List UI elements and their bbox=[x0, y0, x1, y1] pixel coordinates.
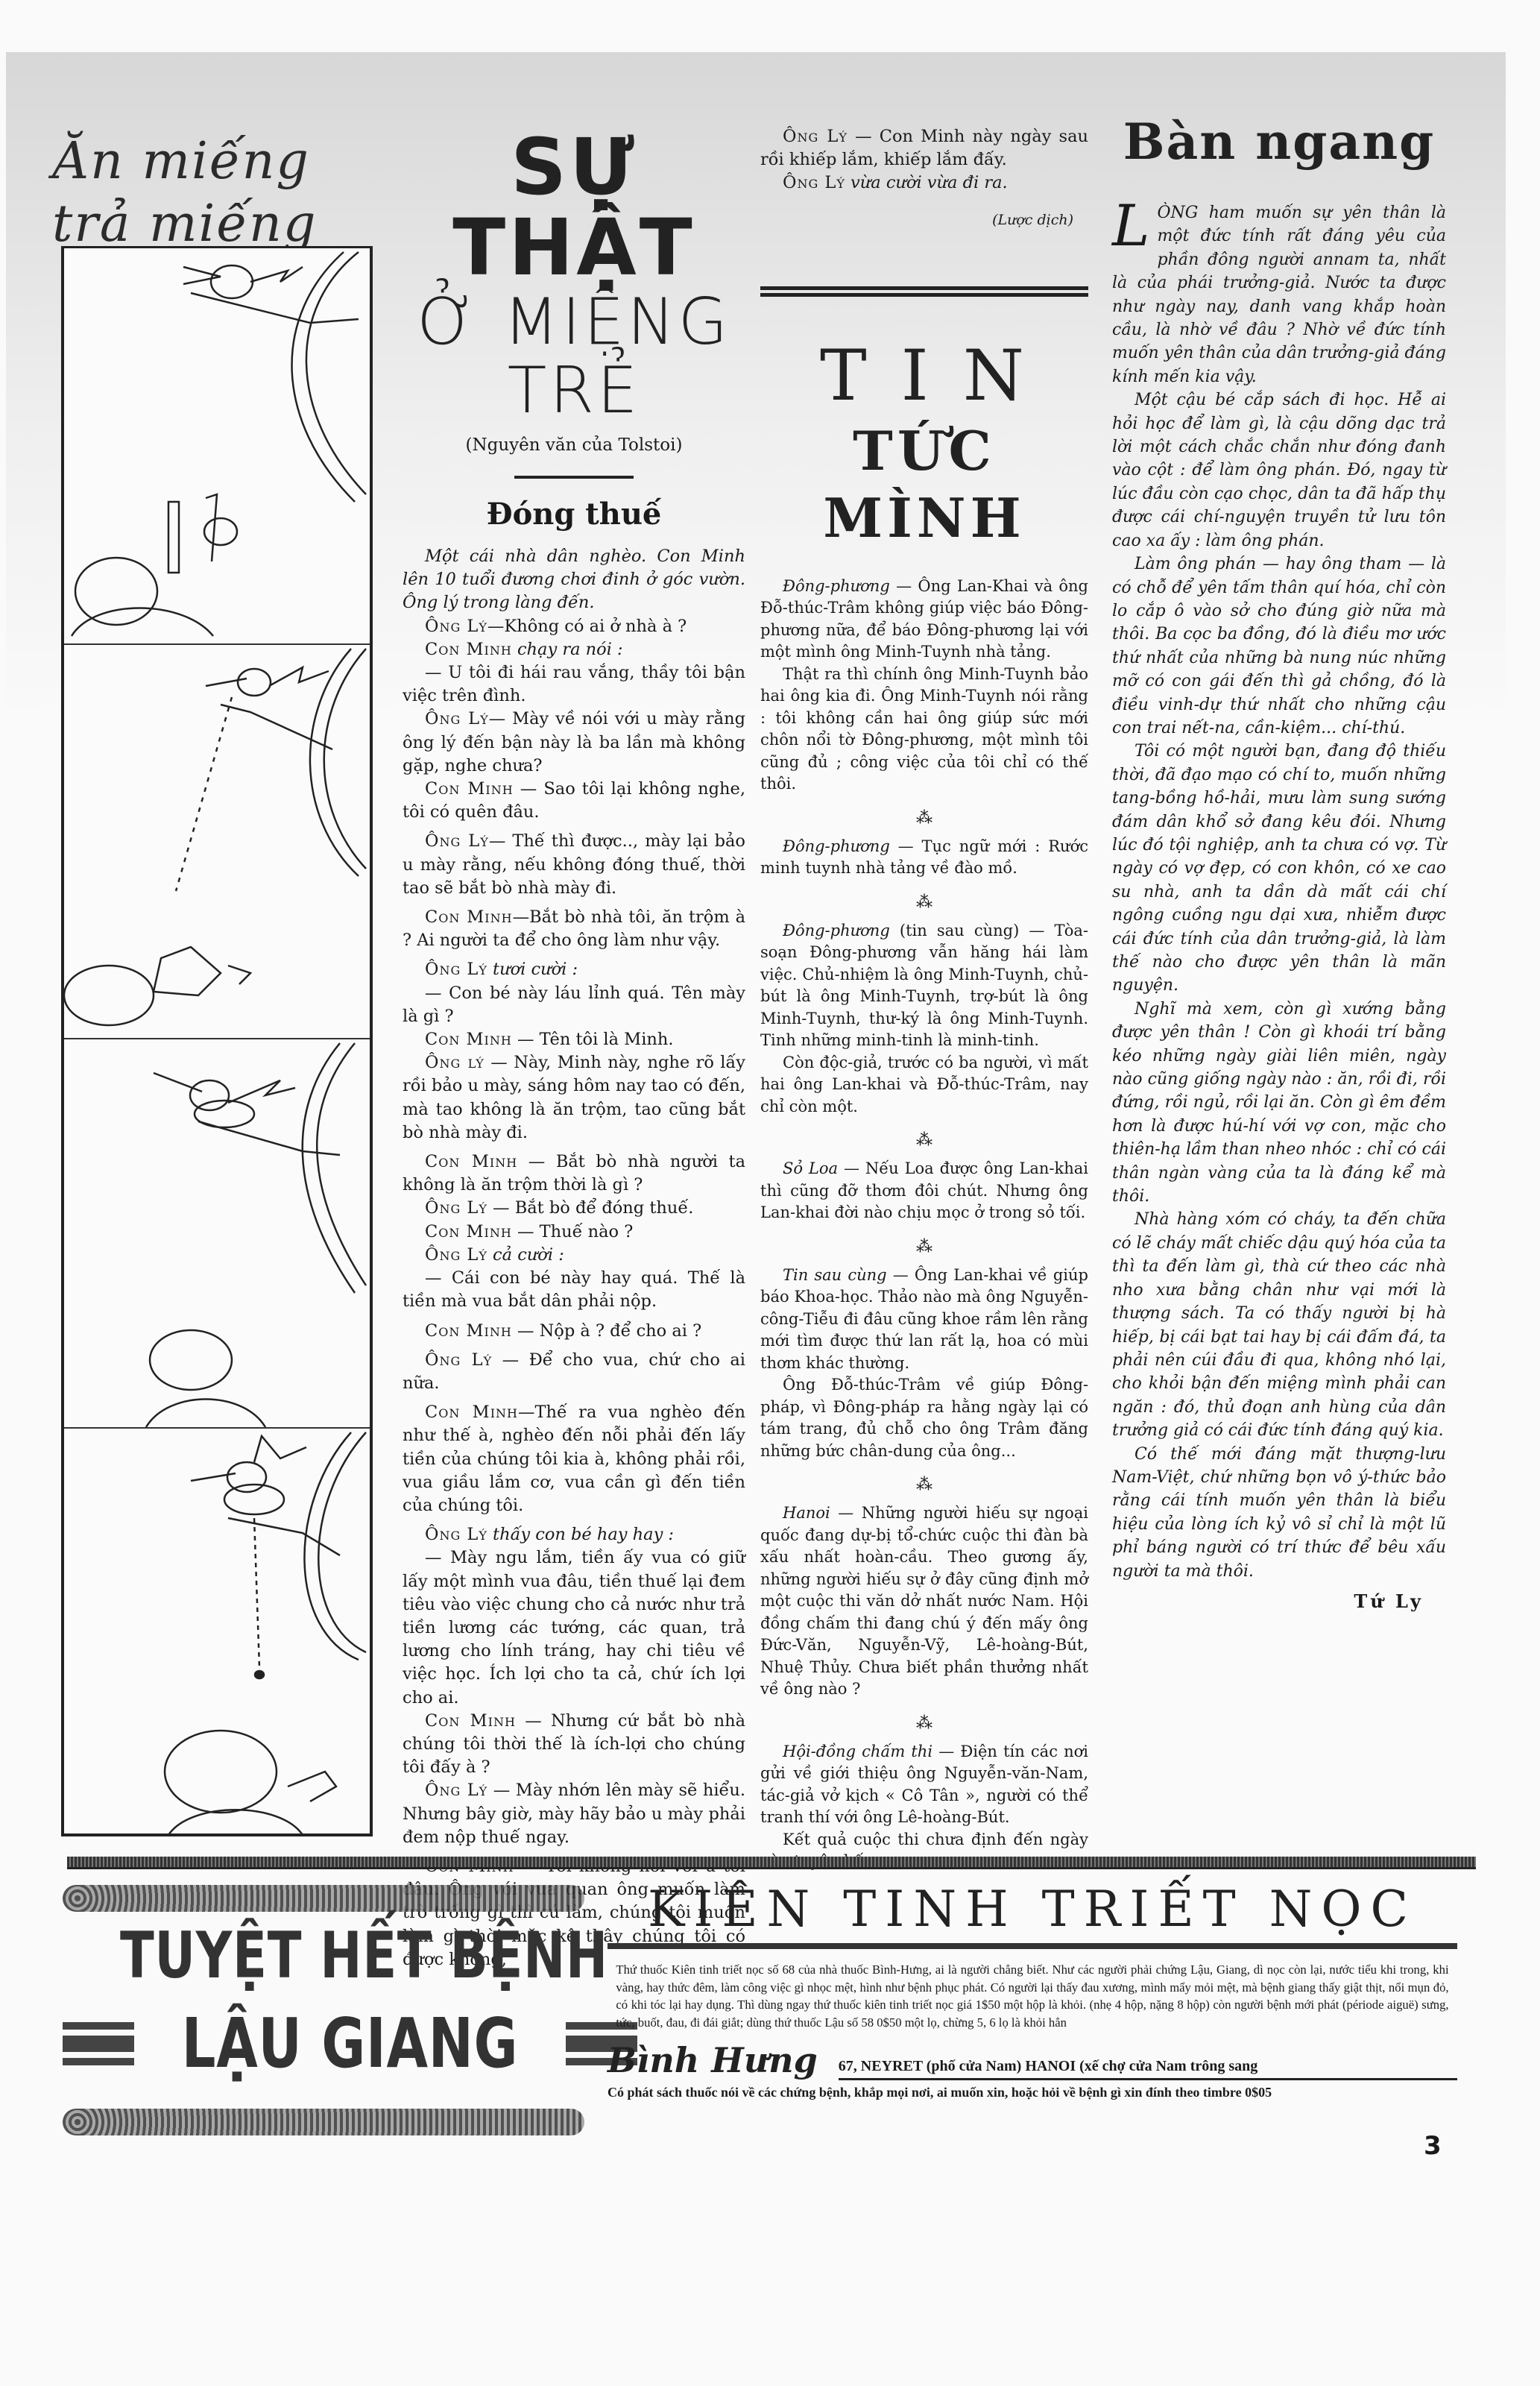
bird-drop-illustration bbox=[64, 645, 370, 1038]
column-paragraph: Nghĩ mà xem, còn gì xướng bằng được yên … bbox=[1112, 998, 1446, 1209]
story-paragraph: Ông Lý— Mày về nói với u mày rằng ông lý… bbox=[403, 708, 745, 778]
news-item: Tin sau cùng — Ông Lan-khai về giúp báo … bbox=[760, 1265, 1088, 1463]
comic-panel-1 bbox=[64, 248, 370, 645]
story-intro: Một cái nhà dân nghèo. Con Minh lên 10 t… bbox=[403, 545, 745, 615]
bird-perched-illustration bbox=[64, 1039, 370, 1427]
ad-body: Thứ thuốc Kiên tinh triết nọc số 68 của … bbox=[616, 1961, 1448, 2031]
ad-headline-row-2: LẬU GIANG bbox=[63, 2000, 584, 2088]
divider bbox=[514, 476, 634, 479]
column-paragraph: LÒNG ham muốn sự yên thân là một đức tín… bbox=[1112, 201, 1446, 388]
news-items: Đông-phương — Ông Lan-Khai và ông Đỗ-thú… bbox=[760, 576, 1088, 1873]
comic-panel-3 bbox=[64, 1039, 370, 1429]
story-continuation: Ông Lý — Con Minh này ngày sau rồi khiếp… bbox=[760, 125, 1088, 195]
comic-panel-2 bbox=[64, 645, 370, 1039]
story-paragraph: — Cái con bé này hay quá. Thế là tiền mà… bbox=[403, 1267, 745, 1313]
story-subheading: Đóng thuế bbox=[403, 497, 745, 532]
story-paragraph: Con Minh — Thuế nào ? bbox=[403, 1221, 745, 1244]
ad-product-block: KIÊN TINH TRIẾT NỌC Thứ thuốc Kiên tinh … bbox=[608, 1880, 1457, 2100]
story-headline-line-1: SỰ THẬT bbox=[403, 127, 745, 288]
story-paragraph: Ông Lý vừa cười vừa đi ra. bbox=[760, 171, 1088, 195]
column-body: LÒNG ham muốn sự yên thân là một đức tín… bbox=[1112, 201, 1446, 1583]
news-item: Hanoi — Những người hiếu sự ngoại quốc đ… bbox=[760, 1502, 1088, 1701]
comic-title-line-1: Ăn miếng bbox=[52, 130, 321, 193]
story-signature: (Lược dịch) bbox=[760, 212, 1073, 228]
story-paragraph: Ông Lý thấy con bé hay hay : bbox=[403, 1523, 745, 1546]
ad-brand-row: Bình Hưng 67, NEYRET (phố cửa Nam) HANOI… bbox=[608, 2040, 1457, 2080]
story-paragraph: — Mày ngu lắm, tiền ấy vua có giữ lấy mộ… bbox=[403, 1546, 745, 1709]
wave-ornament bbox=[63, 1885, 584, 1912]
ad-note: Có phát sách thuốc nói về các chứng bệnh… bbox=[608, 2085, 1457, 2100]
story-credit: (Nguyên văn của Tolstoi) bbox=[403, 435, 745, 455]
separator-asterism: ⁂ bbox=[760, 896, 1088, 910]
comic-title: Ăn miếng trả miếng bbox=[52, 130, 321, 256]
comic-strip bbox=[61, 246, 373, 1836]
separator-asterism: ⁂ bbox=[760, 1717, 1088, 1731]
ad-headline-block: TUYỆT HẾT BỆNH LẬU GIANG bbox=[63, 1885, 584, 2135]
story-paragraph: Ông Lý—Không có ai ở nhà à ? bbox=[403, 615, 745, 638]
ad-headline-line-1: TUYỆT HẾT BỆNH bbox=[120, 1912, 527, 2000]
story-paragraph: Ông Lý tươi cười : bbox=[403, 958, 745, 981]
bird-slingshot-illustration bbox=[64, 248, 370, 643]
story-paragraph: Ông lý — Này, Minh này, nghe rõ lấy rồi … bbox=[403, 1051, 745, 1145]
column-paragraph: Nhà hàng xóm có cháy, ta đến chữa có lẽ … bbox=[1112, 1208, 1446, 1442]
story-paragraph: Ông Lý — Để cho vua, chứ cho ai nữa. bbox=[403, 1349, 745, 1395]
story-paragraph: Con Minh—Bắt bò nhà tôi, ăn trộm à ? Ai … bbox=[403, 906, 745, 952]
column-paragraph: Một cậu bé cắp sách đi học. Hễ ai hỏi họ… bbox=[1112, 388, 1446, 553]
story-article: SỰ THẬT Ở MIỆNG TRẺ (Nguyên văn của Tols… bbox=[403, 127, 745, 1971]
column-paragraph: Có thế mới đáng mặt thượng-lưu Nam-Việt,… bbox=[1112, 1443, 1446, 1583]
ad-headline-line-2: LẬU GIANG bbox=[182, 2000, 519, 2088]
story-paragraph: Con Minh—Thế ra vua nghèo đến như thế à,… bbox=[403, 1401, 745, 1517]
story-headline-line-2: Ở MIỆNG TRẺ bbox=[403, 288, 745, 425]
news-item: Sỏ Loa — Nếu Loa được ông Lan-khai thì c… bbox=[760, 1158, 1088, 1224]
story-paragraph: Ông Lý cả cười : bbox=[403, 1244, 745, 1267]
news-item: Đông-phương — Tục ngữ mới : Rước minh tu… bbox=[760, 836, 1088, 880]
separator-asterism: ⁂ bbox=[760, 812, 1088, 825]
drop-cap: L bbox=[1112, 201, 1157, 251]
story-paragraph: Ông Lý— Thế thì được.., mày lại bảo u mà… bbox=[403, 830, 745, 900]
story-paragraph: Ông Lý — Bắt bò để đóng thuế. bbox=[403, 1197, 745, 1220]
opinion-column: Bàn ngang LÒNG ham muốn sự yên thân là m… bbox=[1112, 112, 1446, 1612]
story-paragraph: Con Minh — Nhưng cứ bắt bò nhà chúng tôi… bbox=[403, 1710, 745, 1780]
double-rule bbox=[760, 286, 1088, 297]
news-title-line-2: TỨC MÌNH bbox=[760, 418, 1088, 552]
wave-ornament bbox=[63, 2109, 584, 2135]
page-number: 3 bbox=[1424, 2131, 1442, 2161]
column-title: Bàn ngang bbox=[1112, 112, 1446, 171]
middle-column: Ông Lý — Con Minh này ngày sau rồi khiếp… bbox=[760, 125, 1088, 1873]
story-paragraph: Ông Lý — Mày nhớn lên mày sẽ hiểu. Nhưng… bbox=[403, 1779, 745, 1849]
column-paragraph: Làm ông phán — hay ông tham — là có chỗ … bbox=[1112, 553, 1446, 740]
column-author: Tứ Ly bbox=[1112, 1590, 1424, 1612]
story-paragraph: — Con bé này láu lỉnh quá. Tên mày là gì… bbox=[403, 982, 745, 1028]
story-paragraph: Ông Lý — Con Minh này ngày sau rồi khiếp… bbox=[760, 125, 1088, 171]
story-paragraph: Con Minh chạy ra nói : bbox=[403, 638, 745, 661]
column-paragraph: Tôi có một người bạn, đang độ thiếu thời… bbox=[1112, 740, 1446, 997]
divider bbox=[608, 1943, 1457, 1949]
story-paragraph: Con Minh — Bắt bò nhà người ta không là … bbox=[403, 1150, 745, 1197]
separator-asterism: ⁂ bbox=[760, 1479, 1088, 1492]
ad-brand: Bình Hưng bbox=[608, 2040, 818, 2080]
separator-asterism: ⁂ bbox=[760, 1134, 1088, 1148]
news-title-line-1: TIN bbox=[760, 336, 1088, 418]
comic-panel-4 bbox=[64, 1429, 370, 1835]
news-item: Hội-đồng chấm thi — Điện tín các nơi gửi… bbox=[760, 1741, 1088, 1873]
story-paragraph: Con Minh — Tên tôi là Minh. bbox=[403, 1028, 745, 1051]
ad-top-rule bbox=[67, 1857, 1476, 1869]
ad-product-title: KIÊN TINH TRIẾT NỌC bbox=[608, 1880, 1457, 1939]
story-body: Một cái nhà dân nghèo. Con Minh lên 10 t… bbox=[403, 545, 745, 1971]
bird-drop-stone-illustration bbox=[64, 1429, 370, 1835]
bar-ornament-left bbox=[63, 2016, 134, 2071]
story-paragraph: Con Minh — Nộp à ? để cho ai ? bbox=[403, 1320, 745, 1343]
ad-address: 67, NEYRET (phố cửa Nam) HANOI (xế chợ c… bbox=[839, 2058, 1457, 2080]
news-item: Đông-phương (tin sau cùng) — Tòa-soạn Đô… bbox=[760, 920, 1088, 1118]
news-item: Đông-phương — Ông Lan-Khai và ông Đỗ-thú… bbox=[760, 576, 1088, 796]
story-paragraph: Con Minh — Sao tôi lại không nghe, tôi c… bbox=[403, 778, 745, 824]
separator-asterism: ⁂ bbox=[760, 1241, 1088, 1254]
story-paragraph: — U tôi đi hái rau vắng, thầy tôi bận vi… bbox=[403, 661, 745, 708]
